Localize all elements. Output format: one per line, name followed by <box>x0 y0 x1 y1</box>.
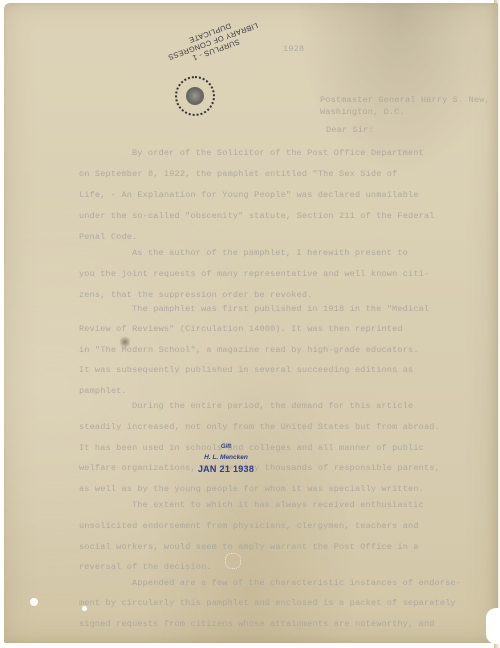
body-line: zens, that the suppression order be revo… <box>79 290 313 300</box>
body-line: as well as by the young people for whom … <box>79 484 424 494</box>
ink-smudge <box>120 335 130 349</box>
paper-hole <box>30 598 38 606</box>
gift-label: Gift <box>186 443 266 452</box>
gift-stamp: Gift H. L. Mencken JAN 21 1938 <box>186 443 266 475</box>
body-line: reversal of the decision. <box>79 562 212 572</box>
eagle-emblem-icon <box>186 87 204 105</box>
body-line: steadily increased, not only from the Un… <box>79 422 440 432</box>
body-line: Penal Code. <box>79 232 137 242</box>
library-seal-icon <box>175 76 215 116</box>
body-line: ment by circularly this pamphlet and enc… <box>79 598 456 608</box>
body-line: pamphlet. <box>79 386 127 396</box>
body-line: you the joint requests of many represent… <box>79 269 429 279</box>
body-line: Appended are a few of the characteristic… <box>132 578 461 588</box>
gift-date: JAN 21 1938 <box>186 463 266 475</box>
perforation-mark-icon <box>225 553 241 569</box>
date-line: 1928 <box>283 44 304 54</box>
address-line-1: Postmaster General Harry S. New, <box>320 95 490 105</box>
body-line: Life, - An Explanation for Young People"… <box>79 190 419 200</box>
body-line: The extent to which it has always receiv… <box>132 500 424 510</box>
paper-hole <box>82 606 87 611</box>
body-line: under the so-called "obscenity" statute,… <box>79 211 435 221</box>
body-line: Review of Reviews" (Circulation 14000). … <box>79 324 403 334</box>
body-line: unsolicited endorsement from physicians,… <box>79 521 419 531</box>
gift-donor: H. L. Mencken <box>186 452 266 463</box>
torn-corner <box>486 608 500 644</box>
body-line: on September 8, 1922, the pamphlet entit… <box>79 169 397 179</box>
body-line: signed requests from citizens whose atta… <box>79 619 435 629</box>
salutation: Dear Sir: <box>326 125 374 135</box>
body-line: During the entire period, the demand for… <box>132 401 413 411</box>
body-line: The pamphlet was first published in 1918… <box>132 304 429 314</box>
address-line-2: Washington, D.C. <box>320 107 405 117</box>
body-line: As the author of the pamphlet, I herewit… <box>132 248 408 258</box>
body-line: social workers, would seem to amply warr… <box>79 542 419 552</box>
body-line: By order of the Solicitor of the Post Of… <box>132 148 424 158</box>
body-line: It was subsequently published in several… <box>79 365 413 375</box>
